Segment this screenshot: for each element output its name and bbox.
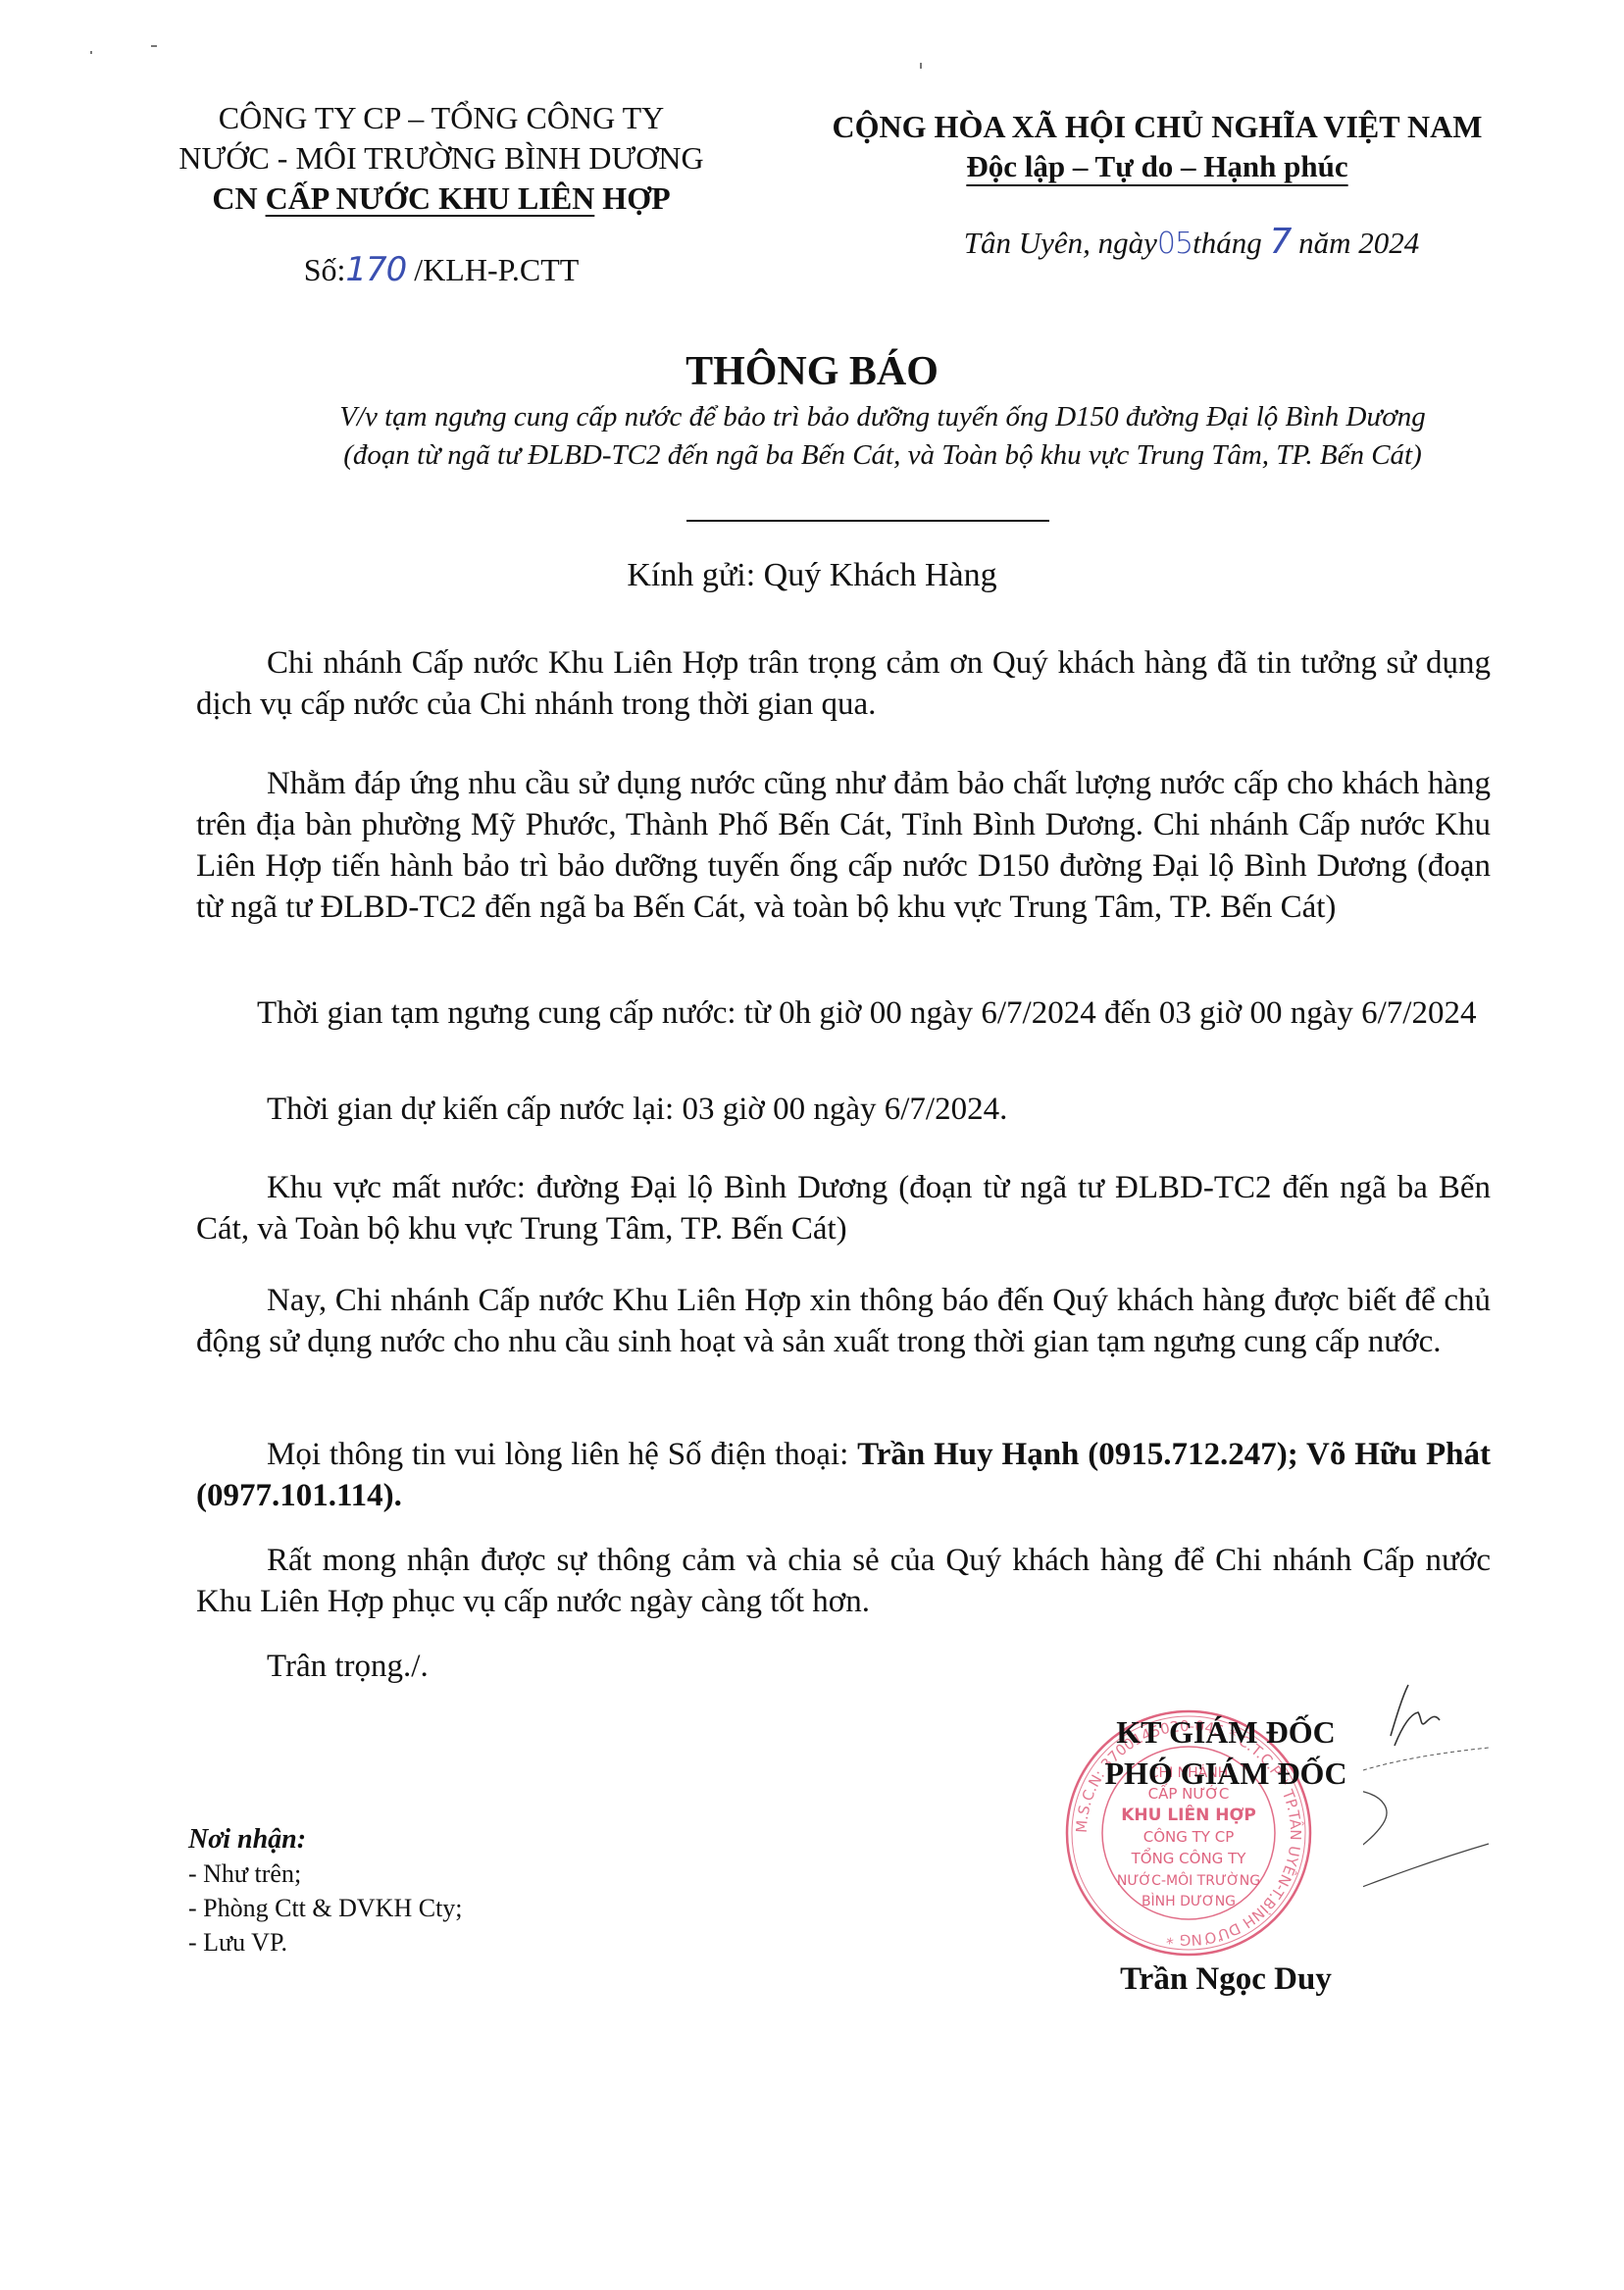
date-month-handwritten: 7 [1269, 222, 1291, 262]
issuer-line-2: NƯỚC - MÔI TRƯỜNG BÌNH DƯƠNG [157, 138, 726, 178]
national-header: CỘNG HÒA XÃ HỘI CHỦ NGHĨA VIỆT NAM Độc l… [785, 106, 1530, 186]
document-title: THÔNG BÁO [0, 348, 1624, 395]
recipient-item: - Lưu VP. [188, 1925, 463, 1959]
signer-title-2: PHÓ GIÁM ĐỐC [1069, 1753, 1383, 1794]
handwritten-signature [1363, 1677, 1491, 1932]
document-number-label: Số: [304, 252, 346, 287]
paragraph-closing-text: Rất mong nhận được sự thông cảm và chia … [196, 1543, 1491, 1619]
paragraph-outage-time-text: Thời gian tạm ngưng cung cấp nước: từ 0h… [257, 995, 1476, 1031]
recipient-item: - Phòng Ctt & DVKH Cty; [188, 1891, 463, 1925]
scan-speck [90, 51, 92, 54]
paragraph-purpose-text: Nhằm đáp ứng nhu cầu sử dụng nước cũng n… [196, 766, 1491, 925]
subject-divider [686, 520, 1049, 522]
date-month-label: tháng [1193, 226, 1262, 260]
nation-name: CỘNG HÒA XÃ HỘI CHỦ NGHĨA VIỆT NAM [785, 106, 1530, 147]
signer-title-1: KT GIÁM ĐỐC [1069, 1711, 1383, 1753]
paragraph-affected-area: Khu vực mất nước: đường Đại lộ Bình Dươn… [196, 1167, 1491, 1249]
paragraph-notice-text: Nay, Chi nhánh Cấp nước Khu Liên Hợp xin… [196, 1283, 1491, 1359]
issuer-line-1: CÔNG TY CP – TỔNG CÔNG TY [157, 98, 726, 138]
paragraph-contact-text: Mọi thông tin vui lòng liên hệ Số điện t… [267, 1437, 857, 1472]
paragraph-outage-time: Thời gian tạm ngưng cung cấp nước: từ 0h… [196, 992, 1491, 1034]
paragraph-closing: Rất mong nhận được sự thông cảm và chia … [196, 1540, 1491, 1622]
document-number-suffix: /KLH-P.CTT [406, 252, 579, 287]
paragraph-thanks-text: Chi nhánh Cấp nước Khu Liên Hợp trân trọ… [196, 645, 1491, 722]
national-motto: Độc lập – Tự do – Hạnh phúc [785, 147, 1530, 186]
paragraph-regards-text: Trân trọng./. [267, 1649, 429, 1684]
svg-text:TỔNG CÔNG TY: TỔNG CÔNG TY [1131, 1847, 1247, 1867]
recipients-heading: Nơi nhận: [188, 1822, 463, 1857]
paragraph-regards: Trân trọng./. [196, 1646, 1491, 1687]
paragraph-thanks: Chi nhánh Cấp nước Khu Liên Hợp trân trọ… [196, 642, 1491, 725]
paragraph-notice: Nay, Chi nhánh Cấp nước Khu Liên Hợp xin… [196, 1280, 1491, 1362]
signer-name: Trần Ngọc Duy [1079, 1961, 1373, 1998]
paragraph-restore-time-text: Thời gian dự kiến cấp nước lại: 03 giờ 0… [267, 1092, 1007, 1127]
issuer-branch: CN CẤP NƯỚC KHU LIÊN HỢP [157, 178, 726, 219]
scan-speck [920, 63, 922, 69]
recipients-list: Nơi nhận: - Như trên; - Phòng Ctt & DVKH… [188, 1822, 463, 1959]
issue-date: Tân Uyên, ngày05tháng 7 năm 2024 [853, 222, 1530, 262]
paragraph-restore-time: Thời gian dự kiến cấp nước lại: 03 giờ 0… [196, 1089, 1491, 1130]
svg-text:NƯỚC-MÔI TRƯỜNG: NƯỚC-MÔI TRƯỜNG [1117, 1871, 1260, 1889]
svg-text:BÌNH DƯƠNG: BÌNH DƯƠNG [1142, 1893, 1236, 1909]
document-number-handwritten: 170 [345, 250, 406, 289]
svg-text:CÔNG TY CP: CÔNG TY CP [1143, 1827, 1235, 1846]
signature-block: KT GIÁM ĐỐC PHÓ GIÁM ĐỐC [1069, 1711, 1383, 1794]
document-number: Số:170 /KLH-P.CTT [157, 250, 726, 289]
national-motto-text: Độc lập – Tự do – Hạnh phúc [966, 149, 1347, 183]
paragraph-contact: Mọi thông tin vui lòng liên hệ Số điện t… [196, 1434, 1491, 1516]
issuer-branch-suffix: HỢP [594, 180, 670, 216]
issuer-branch-prefix: CN [212, 180, 265, 216]
svg-text:KHU LIÊN HỢP: KHU LIÊN HỢP [1121, 1804, 1256, 1825]
scan-speck [151, 45, 157, 47]
paragraph-affected-area-text: Khu vực mất nước: đường Đại lộ Bình Dươn… [196, 1170, 1491, 1247]
recipient-item: - Như trên; [188, 1857, 463, 1891]
issuer-branch-underlined: CẤP NƯỚC KHU LIÊN [266, 180, 595, 216]
date-place: Tân Uyên, ngày [964, 226, 1157, 260]
date-year: năm 2024 [1298, 226, 1419, 260]
issuer-header: CÔNG TY CP – TỔNG CÔNG TY NƯỚC - MÔI TRƯ… [157, 98, 726, 219]
paragraph-purpose: Nhằm đáp ứng nhu cầu sử dụng nước cũng n… [196, 763, 1491, 928]
document-subject: V/v tạm ngưng cung cấp nước để bảo trì b… [314, 398, 1451, 475]
date-day-handwritten: 05 [1157, 227, 1193, 261]
greeting: Kính gửi: Quý Khách Hàng [0, 557, 1624, 594]
